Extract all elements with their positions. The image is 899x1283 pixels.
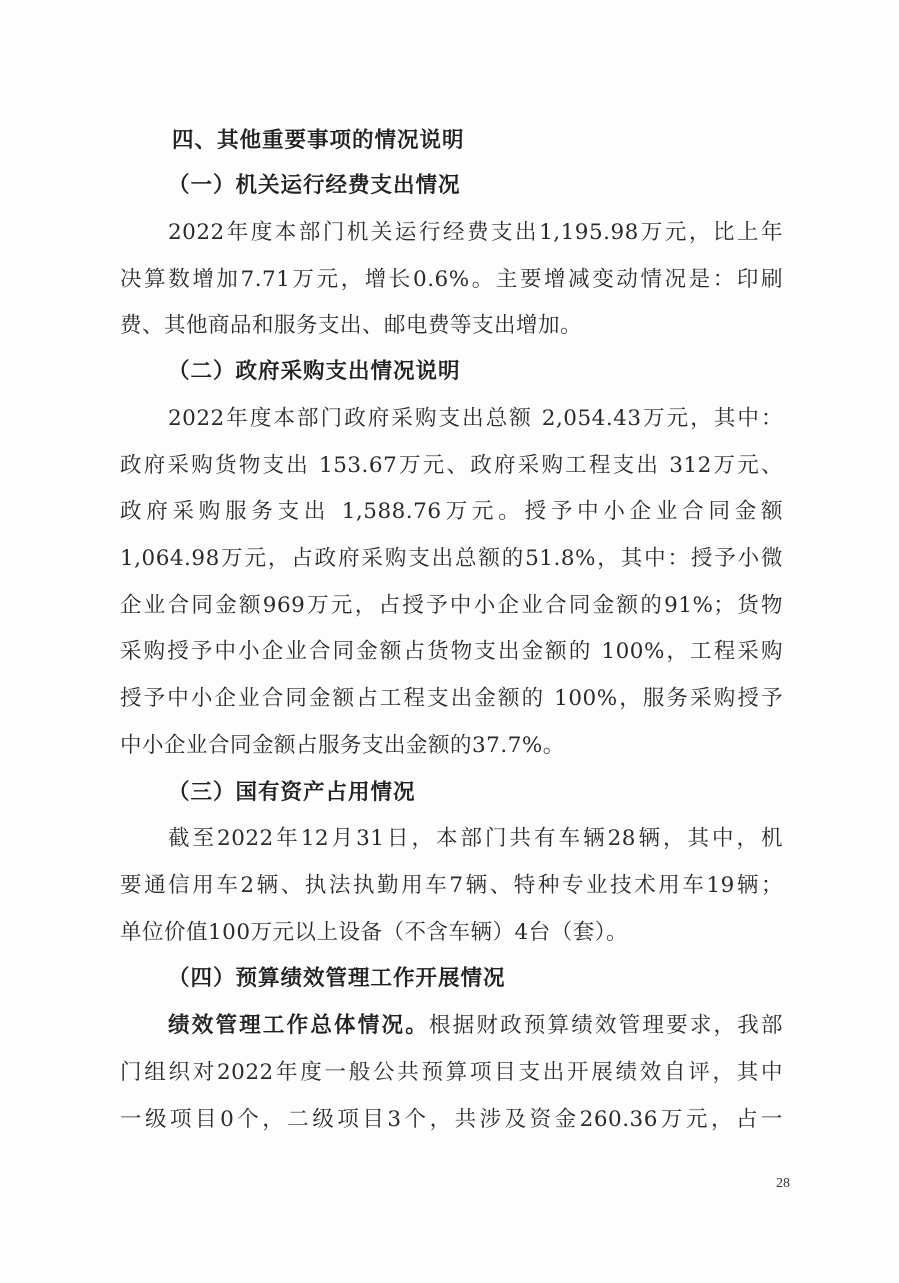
paragraph-line: 一级项目0个，二级项目3个，共涉及资金260.36万元，占一 xyxy=(120,1105,783,1135)
section-title: 四、其他重要事项的情况说明 xyxy=(172,126,465,156)
paragraph-line: 采购授予中小企业合同金额占货物支出金额的 100%，工程采购 xyxy=(120,637,783,667)
paragraph-line-lead: 绩效管理工作总体情况。根据财政预算绩效管理要求，我部 xyxy=(168,1011,783,1041)
paragraph-line: 要通信用车2辆、执法执勤用车7辆、特种专业技术用车19辆； xyxy=(120,871,783,901)
lead-bold-phrase: 绩效管理工作总体情况。 xyxy=(168,1013,429,1038)
paragraph-line: 1,064.98万元，占政府采购支出总额的51.8%，其中：授予小微 xyxy=(120,544,783,574)
document-page: 四、其他重要事项的情况说明 （一）机关运行经费支出情况 2022年度本部门机关运… xyxy=(0,0,899,1283)
paragraph-line: 单位价值100万元以上设备（不含车辆）4台（套）。 xyxy=(120,918,783,948)
page-number: 28 xyxy=(776,1176,790,1192)
paragraph-line: 费、其他商品和服务支出、邮电费等支出增加。 xyxy=(120,311,783,341)
lead-rest: 根据财政预算绩效管理要求，我部 xyxy=(429,1013,783,1038)
subsection-heading-1: （一）机关运行经费支出情况 xyxy=(168,171,461,201)
paragraph-line: 中小企业合同金额占服务支出金额的37.7%。 xyxy=(120,731,783,761)
paragraph-line: 截至2022年12月31日，本部门共有车辆28辆，其中，机 xyxy=(168,824,783,854)
subsection-heading-4: （四）预算绩效管理工作开展情况 xyxy=(168,964,506,994)
paragraph-line: 2022年度本部门政府采购支出总额 2,054.43万元，其中： xyxy=(168,404,783,434)
paragraph-line: 授予中小企业合同金额占工程支出金额的 100%，服务采购授予 xyxy=(120,684,783,714)
paragraph-line: 政府采购服务支出 1,588.76万元。授予中小企业合同金额 xyxy=(120,497,783,527)
paragraph-line: 决算数增加7.71万元，增长0.6%。主要增减变动情况是：印刷 xyxy=(120,265,783,295)
paragraph-line: 门组织对2022年度一般公共预算项目支出开展绩效自评，其中 xyxy=(120,1058,783,1088)
subsection-heading-3: （三）国有资产占用情况 xyxy=(168,778,416,808)
subsection-heading-2: （二）政府采购支出情况说明 xyxy=(168,357,461,387)
paragraph-line: 2022年度本部门机关运行经费支出1,195.98万元，比上年 xyxy=(168,218,783,248)
paragraph-line: 企业合同金额969万元，占授予中小企业合同金额的91%；货物 xyxy=(120,591,783,621)
paragraph-line: 政府采购货物支出 153.67万元、政府采购工程支出 312万元、 xyxy=(120,451,783,481)
